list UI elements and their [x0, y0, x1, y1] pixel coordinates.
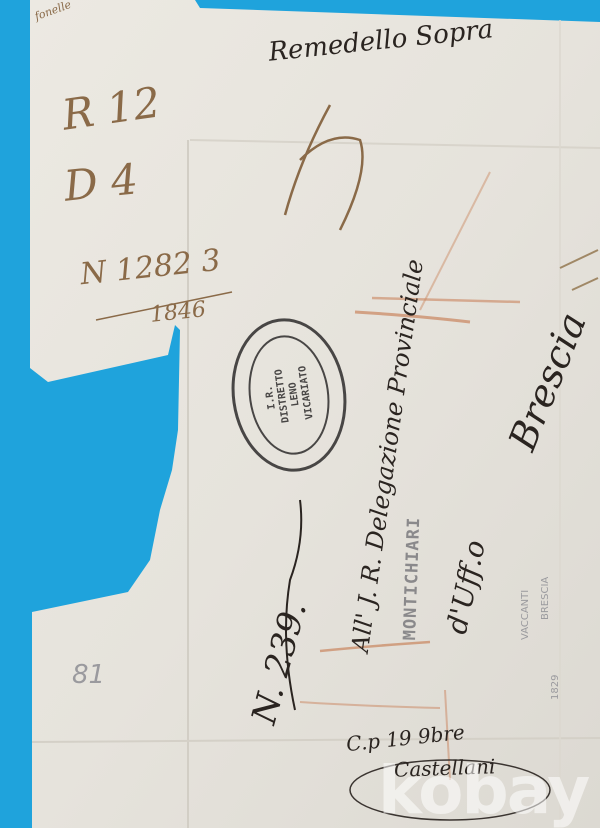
left-note-2: D 4: [62, 154, 140, 210]
watermark: kobay: [378, 752, 588, 828]
round-postmark-text: I.R. DISTRETTO LENO VICARIATO: [261, 365, 316, 425]
faint-pencil-year: 1829: [550, 675, 561, 700]
faint-pencil-line-2: BRESCIA: [540, 577, 551, 620]
faint-pencil-line-1: VACCANTI: [520, 590, 531, 640]
letter-photo: fonelle Remedello Sopra R 12 D 4 N 1282 …: [0, 0, 600, 828]
pencil-number: 81: [72, 660, 105, 690]
